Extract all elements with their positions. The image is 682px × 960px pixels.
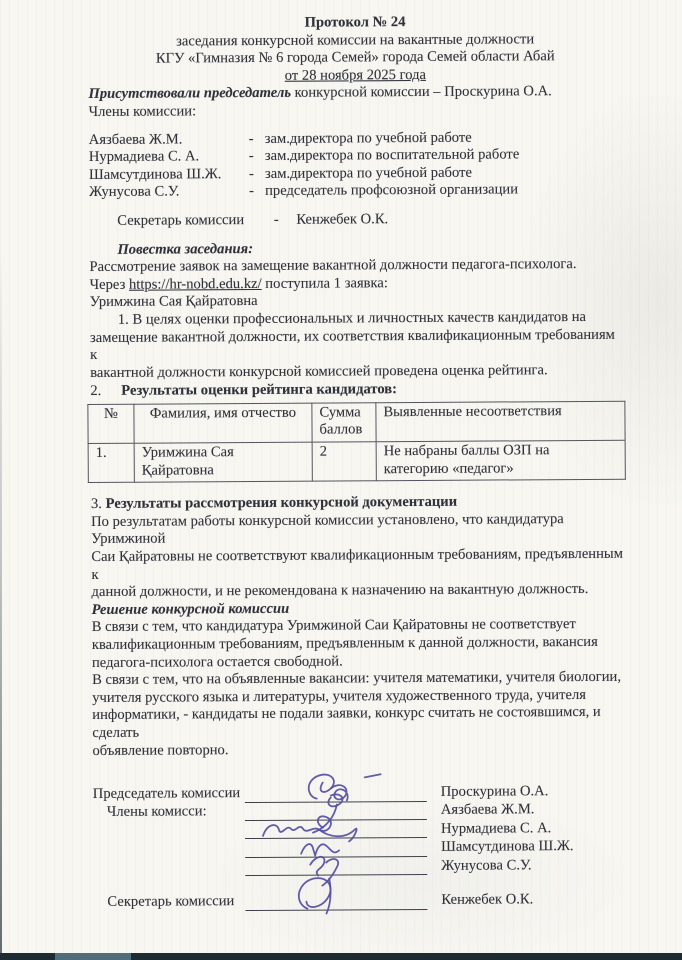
secretary-signature-ink [287,870,377,915]
member-role: зам.директора по воспитательной работе [265,146,623,166]
col-fullname: Фамилия, имя отчество [134,403,312,443]
agenda-section: Повестка заседания: Рассмотрение заявок … [89,238,624,401]
section-3: 3. Результаты рассмотрения конкурсной до… [91,493,627,760]
chairman-label: Председатель комиссии [93,785,245,804]
cell-discrepancies: Не набраны баллы ОЗП на категорию «педаг… [376,440,625,481]
scan-edge-left [0,250,2,953]
cell-score-sum: 2 [312,442,376,482]
signature-row-secretary: Секретарь комиссии Кенжебек О.К. [93,889,627,911]
signature-line [245,800,427,821]
chairman-name: Проскурина О.А. [427,783,627,802]
rating-table: № Фамилия, имя отчество Сумма баллов Выя… [87,401,625,484]
section-3-para-1: По результатам работы конкурсной комисси… [91,511,626,602]
member-row: Жунусова С.У. - председатель профсоюзной… [89,181,623,202]
signature-row-chairman: Председатель комиссии Проскурина О.А. [93,781,627,803]
document-content: Протокол № 24 заседания конкурсной комис… [88,13,627,911]
scan-edge-highlight [55,953,131,960]
secretary-line: Секретарь комиссии - Кенжебек О.К. [89,210,623,231]
document-page: Протокол № 24 заседания конкурсной комис… [0,0,682,960]
date-text: от 28 ноября 2025 года [285,67,426,84]
present-line: Присутствовали председатель конкурсной к… [88,83,622,104]
rating-table-header-row: № Фамилия, имя отчество Сумма баллов Выя… [88,401,625,443]
signature-line [245,782,427,803]
member-dash: - [249,130,265,148]
members-list: Аязбаева Ж.М. - зам.директора по учебной… [89,128,623,202]
members-label: Члены комиссии: [89,101,623,122]
member-role: председатель профсоюзной организации [265,181,623,201]
member-role: зам.директора по учебной работе [265,128,623,148]
secretary-name: Кенжебек О.К. [427,891,627,910]
member-name: Нурмадиева С. А. [427,819,627,838]
signature-members-label: Члены комисси: [107,803,245,821]
member-name: Нурмадиева С. А. [89,148,249,167]
member-name: Жунусова С.У. [427,856,627,875]
secretary-name: Кенжебек О.К. [296,211,388,228]
secretary-label: Секретарь комиссии [117,212,244,229]
cell-fullname: Уримжина Сая Қайратовна [134,442,312,482]
signature-row-member: Шамсутдинова Ш.Ж. [93,836,627,858]
agenda-item-1: 1. В целях оценки профессиональных и лич… [90,309,624,383]
member-name: Жунусова С.У. [89,183,249,202]
section-3-heading: Результаты рассмотрения конкурсной докум… [106,494,458,512]
member-dash: - [249,166,265,184]
subtitle-line-2: КГУ «Гимназия № 6 города Семей» города С… [88,48,622,69]
agenda-line-1: Рассмотрение заявок на замещение вакантн… [89,256,623,277]
present-label: Присутствовали председатель [88,85,291,102]
agenda-line-2-after: поступила 1 заявка: [262,275,388,292]
col-number: № [88,404,134,443]
signature-spacer [93,876,245,877]
agenda-item-2: 2.Результаты оценки рейтинга кандидатов: [90,380,624,401]
decision-para-2: В связи с тем, что на объявленные ваканс… [92,669,627,760]
signature-line [245,837,427,858]
present-rest: конкурсной комиссии – Проскурина О.А. [291,84,552,102]
member-dash: - [249,148,265,166]
member-name: Шамсутдинова Ш.Ж. [427,838,627,857]
portal-url: https://hr-nobd.edu.kz/ [129,276,262,293]
decision-para-1: В связи с тем, что кандидатура Уримжиной… [92,616,626,672]
signature-secretary-label: Секретарь комиссии [107,893,245,911]
member-name: Аязбаева Ж.М. [89,131,249,150]
table-row: 1. Уримжина Сая Қайратовна 2 Не набраны … [88,440,625,482]
member-name: Аязбаева Ж.М. [427,801,627,820]
member-signature-ink [300,850,380,886]
item-2-number: 2. [90,383,101,399]
signature-line [245,819,427,840]
signature-line [245,856,427,877]
section-3-number: 3. [91,496,102,512]
signature-block: Председатель комиссии Проскурина О.А. Чл… [93,781,628,911]
secretary-dash: - [274,212,279,228]
signature-line [245,890,427,911]
member-dash: - [249,183,265,201]
cell-number: 1. [88,443,134,482]
col-discrepancies: Выявленные несоответствия [376,401,625,442]
member-name: Шамсутдинова Ш.Ж. [89,166,249,185]
agenda-line-2-before: Через [90,276,129,292]
col-score-sum: Сумма баллов [312,403,376,443]
item-2-title: Результаты оценки рейтинга кандидатов: [121,381,397,399]
member-role: зам.директора по учебной работе [265,163,623,183]
signature-row-member: Жунусова С.У. [93,854,627,876]
